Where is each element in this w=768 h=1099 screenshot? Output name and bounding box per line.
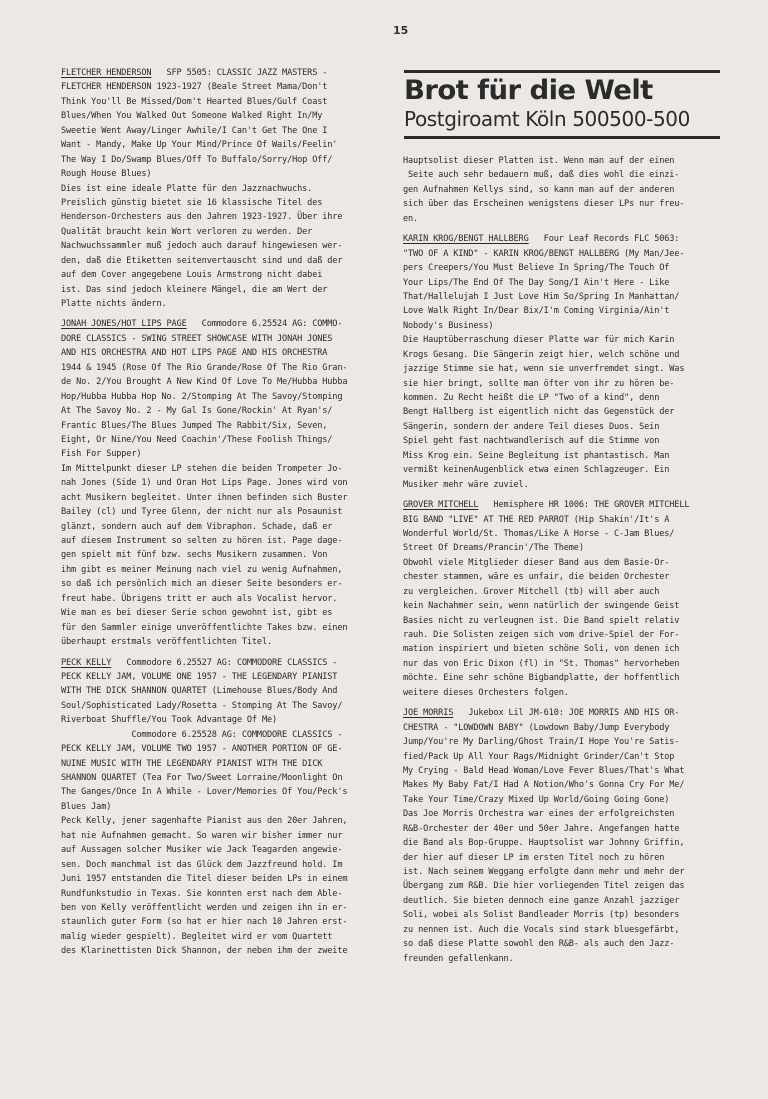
review-text-line: Basies nicht zu verleugnen ist. Die Band… [403,614,736,628]
record-label-info: Commodore 6.25524 AG: COMMO- [187,319,343,329]
review-text-line: Platte nichts ändern. [61,297,394,311]
artist-name: FLETCHER HENDERSON [61,68,151,78]
review-text-line: Die Hauptüberraschung dieser Platte war … [403,333,736,347]
review-text-line: Wie man es bei dieser Serie schon gewohn… [61,606,394,620]
review-text-line: sen. Doch manchmal ist das Glück dem Jaz… [61,858,394,872]
tracklist-line: Blues Jam) [61,800,394,814]
tracklist-line: That/Hallelujah I Just Love Him So/Sprin… [403,290,736,304]
review-text-line: Bailey (cl) und Tyree Glenn, der nicht n… [61,505,394,519]
review-text-line: rauh. Die Solisten zeigen sich vom drive… [403,628,736,642]
review-text-line: so daß ich persönlich mich an dieser Sei… [61,577,394,591]
review-text-line: auf dem Cover angegebene Louis Armstrong… [61,268,394,282]
tracklist-line: The Ganges/Once In A While - Lover/Memor… [61,785,394,799]
artist-name: JONAH JONES/HOT LIPS PAGE [61,319,187,329]
review-text-line: Übergang zum R&B. Die hier vorliegenden … [403,879,736,893]
review-text-line: auf Aussagen solcher Musiker wie Jack Te… [61,843,394,857]
tracklist-line: Your Lips/The End Of The Day Song/I Ain'… [403,276,736,290]
artist-name: GROVER MITCHELL [403,500,478,510]
record-label-info: SFP 5505: CLASSIC JAZZ MASTERS - [151,68,327,78]
review-text-line: auf diesem Instrument so selten zu hören… [61,534,394,548]
record-review: GROVER MITCHELL Hemisphere HR 1006: THE … [403,498,736,700]
tracklist-line: Riverboat Shuffle/You Took Advantage Of … [61,713,394,727]
tracklist-line: fied/Pack Up All Your Rags/Midnight Grin… [403,750,736,764]
review-text-line: den, daß die Etiketten seitenvertauscht … [61,254,394,268]
review-text-line: die Band als Bop-Gruppe. Hauptsolist war… [403,836,736,850]
ad-bottom-rule [404,136,720,139]
review-text-line: Krogs Gesang. Die Sängerin zeigt hier, w… [403,348,736,362]
review-text-line: möchte. Eine sehr schöne Bigbandplatte, … [403,671,736,685]
tracklist-line: Think You'll Be Missed/Dom't Hearted Blu… [61,95,394,109]
tracklist-line: My Crying - Bald Head Woman/Love Fever B… [403,764,736,778]
review-text-line: kommen. Zu Recht heißt die LP "Two of a … [403,391,736,405]
review-text-line: jazzige Stimme sie hat, wenn sie unverfr… [403,362,736,376]
tracklist-line: BIG BAND "LIVE" AT THE RED PARROT (Hip S… [403,513,736,527]
review-text-line: Juni 1957 entstanden die Titel dieser be… [61,872,394,886]
review-text-line: chester stammen, wäre es unfair, die bei… [403,570,736,584]
tracklist-line: FLETCHER HENDERSON 1923-1927 (Beale Stre… [61,80,394,94]
artist-name: KARIN KROG/BENGT HALLBERG [403,234,529,244]
review-text-line: gen spielt mit fünf bzw. sechs Musikern … [61,548,394,562]
review-text-line: Peck Kelly, jener sagenhafte Pianist aus… [61,814,394,828]
review-text-line: ist. Das sind jedoch kleinere Mängel, di… [61,283,394,297]
review-text-line: Nachwuchssammler muß jedoch auch darauf … [61,239,394,253]
review-text-line: kein Nachahmer sein, wenn natürlich der … [403,599,736,613]
review-heading: KARIN KROG/BENGT HALLBERG Four Leaf Reco… [403,232,736,246]
tracklist-line: Sweetie Went Away/Linger Awhile/I Can't … [61,124,394,138]
review-text-line: Qualität braucht kein Wort verloren zu w… [61,225,394,239]
tracklist-line: Hop/Hubba Hubba Hop No. 2/Stomping At Th… [61,390,394,404]
tracklist-line: Nobody's Business) [403,319,736,333]
review-text-line: überhaupt erstmals veröffentlichten Tite… [61,635,394,649]
review-text-line: Musiker mehr wäre zuviel. [403,478,736,492]
review-text-line: ihm gibt es meiner Meinung nach viel zu … [61,563,394,577]
review-heading: JOE MORRIS Jukebox Lil JM-610: JOE MORRI… [403,706,736,720]
tracklist-line: Frantic Blues/The Blues Jumped The Rabbi… [61,419,394,433]
tracklist-line: Jump/You're My Darling/Ghost Train/I Hop… [403,735,736,749]
tracklist-line: Eight, Or Nine/You Need Coachin'/These F… [61,433,394,447]
review-text-line: deutlich. Sie bieten dennoch eine ganze … [403,894,736,908]
review-text-line: hat nie Aufnahmen gemacht. So waren wir … [61,829,394,843]
review-text-line: Preislich günstig bietet sie 16 klassisc… [61,196,394,210]
review-text-line: Miss Krog ein. Seine Begleitung ist phan… [403,449,736,463]
review-heading: GROVER MITCHELL Hemisphere HR 1006: THE … [403,498,736,512]
tracklist-line: Makes My Baby Fat/I Had A Notion/Who's G… [403,778,736,792]
tracklist-line: Street Of Dreams/Prancin'/The Theme) [403,541,736,555]
tracklist-line: Want - Mandy, Make Up Your Mind/Prince O… [61,138,394,152]
tracklist-line: Fish For Supper) [61,447,394,461]
tracklist-line: Soul/Sophisticated Lady/Rosetta - Stompi… [61,699,394,713]
record-review: PECK KELLY Commodore 6.25527 AG: COMMODO… [61,656,394,959]
review-text-line: der hier auf dieser LP im ersten Titel n… [403,851,736,865]
review-text-line: Bengt Hallberg ist eigentlich nicht das … [403,405,736,419]
continued-text-line: Hauptsolist dieser Platten ist. Wenn man… [403,154,736,168]
review-text-line: Das Joe Morris Orchestra war eines der e… [403,807,736,821]
tracklist-line: Commodore 6.25528 AG: COMMODORE CLASSICS… [61,728,394,742]
record-label-info: Jukebox Lil JM-610: JOE MORRIS AND HIS O… [453,708,679,718]
tracklist-line: DORE CLASSICS - SWING STREET SHOWCASE WI… [61,332,394,346]
left-column: FLETCHER HENDERSON SFP 5505: CLASSIC JAZ… [61,66,394,959]
review-text-line: zu vergleichen. Grover Mitchell (tb) wil… [403,585,736,599]
continued-text-line: gen Aufnahmen Kellys sind, so kann man a… [403,183,736,197]
review-text-line: ben von Kelly veröffentlicht werden und … [61,901,394,915]
continued-text-line: Seite auch sehr bedauern muß, daß dies w… [403,168,736,182]
review-text-line: des Klarinettisten Dick Shannon, der neb… [61,944,394,958]
tracklist-line: Take Your Time/Crazy Mixed Up World/Goin… [403,793,736,807]
review-text-line: R&B-Orchester der 40er und 50er Jahre. A… [403,822,736,836]
record-review: JOE MORRIS Jukebox Lil JM-610: JOE MORRI… [403,706,736,966]
continued-text-line: sich über das Erscheinen wenigstens dies… [403,197,736,211]
record-label-info: Commodore 6.25527 AG: COMMODORE CLASSICS… [111,658,337,668]
tracklist-line: AND HIS ORCHESTRA AND HOT LIPS PAGE AND … [61,346,394,360]
review-text-line: zu nennen ist. Auch die Vocals sind star… [403,923,736,937]
tracklist-line: The Way I Do/Swamp Blues/Off To Buffalo/… [61,153,394,167]
review-text-line: ist. Nach seinem Weggang erfolgte dann m… [403,865,736,879]
artist-name: PECK KELLY [61,658,111,668]
record-label-info: Hemisphere HR 1006: THE GROVER MITCHELL [478,500,689,510]
ad-subtitle: Postgiroamt Köln 500500-500 [404,107,720,131]
review-text-line: Henderson-Orchesters aus den Jahren 1923… [61,210,394,224]
tracklist-line: CHESTRA - "LOWDOWN BABY" (Lowdown Baby/J… [403,721,736,735]
tracklist-line: NUINE MUSIC WITH THE LEGENDARY PIANIST W… [61,757,394,771]
review-text-line: weitere dieses Orchesters folgen. [403,686,736,700]
review-text-line: glänzt, sondern auch auf dem Vibraphon. … [61,520,394,534]
review-text-line: acht Musikern begleitet. Unter ihnen bef… [61,491,394,505]
review-heading: JONAH JONES/HOT LIPS PAGE Commodore 6.25… [61,317,394,331]
record-review: FLETCHER HENDERSON SFP 5505: CLASSIC JAZ… [61,66,394,311]
continued-text-line: en. [403,212,736,226]
tracklist-line: Wonderful World/St. Thomas/Like A Horse … [403,527,736,541]
review-text-line: nur das von Eric Dixon (fl) in "St. Thom… [403,657,736,671]
review-text-line: Soli, wobei als Solist Bandleader Morris… [403,908,736,922]
tracklist-line: 1944 & 1945 (Rose Of The Rio Grande/Rose… [61,361,394,375]
tracklist-line: PECK KELLY JAM, VOLUME TWO 1957 - ANOTHE… [61,742,394,756]
review-text-line: Im Mittelpunkt dieser LP stehen die beid… [61,462,394,476]
review-text-line: so daß diese Platte sowohl den R&B- als … [403,937,736,951]
tracklist-line: pers Creepers/You Must Believe In Spring… [403,261,736,275]
review-heading: PECK KELLY Commodore 6.25527 AG: COMMODO… [61,656,394,670]
review-text-line: sie hier bringt, sollte man öfter von ih… [403,377,736,391]
right-column: Hauptsolist dieser Platten ist. Wenn man… [403,154,736,966]
ad-top-rule [404,70,720,73]
tracklist-line: "TWO OF A KIND" - KARIN KROG/BENGT HALLB… [403,247,736,261]
review-text-line: Sängerin, sondern der andere Teil dieses… [403,420,736,434]
ad-title: Brot für die Welt [404,76,726,106]
page-number: 15 [393,24,408,37]
tracklist-line: de No. 2/You Brought A New Kind Of Love … [61,375,394,389]
review-text-line: Spiel geht fast nachtwandlerisch auf die… [403,434,736,448]
record-label-info: Four Leaf Records FLC 5063: [529,234,680,244]
tracklist-line: Love Walk Right In/Dear Bix/I'm Coming V… [403,304,736,318]
review-text-line: Obwohl viele Mitglieder dieser Band aus … [403,556,736,570]
record-review: JONAH JONES/HOT LIPS PAGE Commodore 6.25… [61,317,394,649]
review-text-line: mation inspiriert und bieten schöne Soli… [403,642,736,656]
tracklist-line: At The Savoy No. 2 - My Gal Is Gone/Rock… [61,404,394,418]
tracklist-line: PECK KELLY JAM, VOLUME ONE 1957 - THE LE… [61,670,394,684]
tracklist-line: SHANNON QUARTET (Tea For Two/Sweet Lorra… [61,771,394,785]
review-text-line: vermißt keinenAugenblick etwa einen Schl… [403,463,736,477]
artist-name: JOE MORRIS [403,708,453,718]
tracklist-line: Rough House Blues) [61,167,394,181]
brot-fuer-die-welt-ad: Brot für die Welt Postgiroamt Köln 50050… [404,70,720,140]
review-heading: FLETCHER HENDERSON SFP 5505: CLASSIC JAZ… [61,66,394,80]
review-text-line: freunden gefallenkann. [403,952,736,966]
tracklist-line: Blues/When You Walked Out Someone Walked… [61,109,394,123]
review-text-line: freut habe. Übrigens tritt er auch als V… [61,592,394,606]
review-text-line: Rundfunkstudio in Texas. Sie konnten ers… [61,887,394,901]
review-text-line: nah Jones (Side 1) und Oran Hot Lips Pag… [61,476,394,490]
review-text-line: Dies ist eine ideale Platte für den Jazz… [61,182,394,196]
review-text-line: staunlich guter Form (so hat er hier nac… [61,915,394,929]
tracklist-line: WITH THE DICK SHANNON QUARTET (Limehouse… [61,684,394,698]
record-review: KARIN KROG/BENGT HALLBERG Four Leaf Reco… [403,232,736,492]
review-text-line: für den Sammler einige unveröffentlichte… [61,621,394,635]
review-text-line: malig wieder gespielt). Begleitet wird e… [61,930,394,944]
